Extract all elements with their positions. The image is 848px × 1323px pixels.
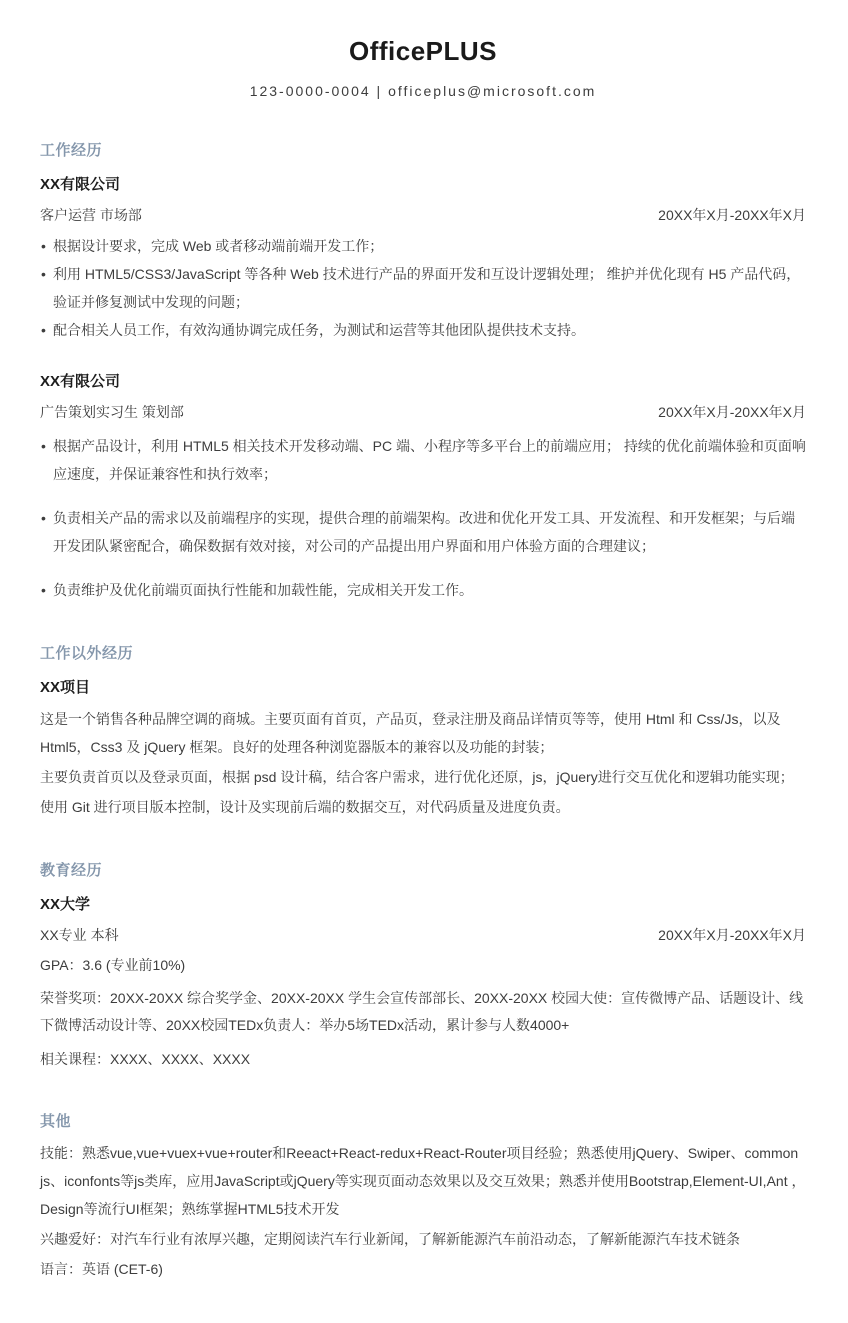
section-heading-other: 其他 xyxy=(40,1110,806,1131)
resume-page: OfficePLUS 123-0000-0004 | officeplus@mi… xyxy=(0,0,848,1323)
project-paragraph: 这是一个销售各种品牌空调的商城。主要页面有首页，产品页，登录注册及商品详情页等等… xyxy=(40,705,806,761)
resume-header: OfficePLUS 123-0000-0004 | officeplus@mi… xyxy=(40,36,806,99)
courses-line: 相关课程：XXXX、XXXX、XXXX xyxy=(40,1046,806,1072)
section-heading-outside-work: 工作以外经历 xyxy=(40,642,806,663)
bullet-item: 负责维护及优化前端页面执行性能和加载性能，完成相关开发工作。 xyxy=(40,576,806,604)
major-title: XX专业 本科 xyxy=(40,925,119,945)
date-range: 20XX年X月-20XX年X月 xyxy=(658,925,806,945)
date-range: 20XX年X月-20XX年X月 xyxy=(658,402,806,422)
company-name: XX有限公司 xyxy=(40,370,806,391)
bullet-item: 负责相关产品的需求以及前端程序的实现，提供合理的前端架构。改进和优化开发工具、开… xyxy=(40,504,806,560)
language-line: 语言：英语 (CET-6) xyxy=(40,1255,806,1283)
role-title: 广告策划实习生 策划部 xyxy=(40,402,184,422)
job-entry: XX有限公司 客户运营 市场部 20XX年X月-20XX年X月 根据设计要求，完… xyxy=(40,173,806,344)
section-heading-work: 工作经历 xyxy=(40,139,806,160)
major-row: XX专业 本科 20XX年X月-20XX年X月 xyxy=(40,925,806,945)
project-paragraph: 使用 Git 进行项目版本控制，设计及实现前后端的数据交互，对代码质量及进度负责… xyxy=(40,793,806,821)
school-name: XX大学 xyxy=(40,893,806,914)
section-work-experience: 工作经历 XX有限公司 客户运营 市场部 20XX年X月-20XX年X月 根据设… xyxy=(40,139,806,604)
contact-line: 123-0000-0004 | officeplus@microsoft.com xyxy=(40,83,806,99)
role-row: 客户运营 市场部 20XX年X月-20XX年X月 xyxy=(40,205,806,225)
job-bullet-list: 根据设计要求，完成 Web 或者移动端前端开发工作； 利用 HTML5/CSS3… xyxy=(40,232,806,344)
bullet-item: 利用 HTML5/CSS3/JavaScript 等各种 Web 技术进行产品的… xyxy=(40,260,806,316)
job-entry: XX有限公司 广告策划实习生 策划部 20XX年X月-20XX年X月 根据产品设… xyxy=(40,370,806,604)
section-outside-work: 工作以外经历 XX项目 这是一个销售各种品牌空调的商城。主要页面有首页，产品页，… xyxy=(40,642,806,821)
hobbies-line: 兴趣爱好：对汽车行业有浓厚兴趣，定期阅读汽车行业新闻，了解新能源汽车前沿动态，了… xyxy=(40,1225,806,1253)
bullet-item: 配合相关人员工作，有效沟通协调完成任务，为测试和运营等其他团队提供技术支持。 xyxy=(40,316,806,344)
company-name: XX有限公司 xyxy=(40,173,806,194)
project-paragraph: 主要负责首页以及登录页面，根据 psd 设计稿，结合客户需求，进行优化还原，js… xyxy=(40,763,806,791)
role-title: 客户运营 市场部 xyxy=(40,205,142,225)
project-name: XX项目 xyxy=(40,676,806,697)
honors-line: 荣誉奖项：20XX-20XX 综合奖学金、20XX-20XX 学生会宣传部部长、… xyxy=(40,985,806,1039)
date-range: 20XX年X月-20XX年X月 xyxy=(658,205,806,225)
section-heading-education: 教育经历 xyxy=(40,859,806,880)
section-education: 教育经历 XX大学 XX专业 本科 20XX年X月-20XX年X月 GPA：3.… xyxy=(40,859,806,1072)
bullet-item: 根据产品设计，利用 HTML5 相关技术开发移动端、PC 端、小程序等多平台上的… xyxy=(40,432,806,488)
job-bullet-list: 根据产品设计，利用 HTML5 相关技术开发移动端、PC 端、小程序等多平台上的… xyxy=(40,432,806,604)
role-row: 广告策划实习生 策划部 20XX年X月-20XX年X月 xyxy=(40,402,806,422)
gpa-line: GPA：3.6 (专业前10%) xyxy=(40,952,806,978)
section-other: 其他 技能：熟悉vue,vue+vuex+vue+router和Reeact+R… xyxy=(40,1110,806,1283)
skills-line: 技能：熟悉vue,vue+vuex+vue+router和Reeact+Reac… xyxy=(40,1139,806,1223)
bullet-item: 根据设计要求，完成 Web 或者移动端前端开发工作； xyxy=(40,232,806,260)
page-title: OfficePLUS xyxy=(40,36,806,67)
